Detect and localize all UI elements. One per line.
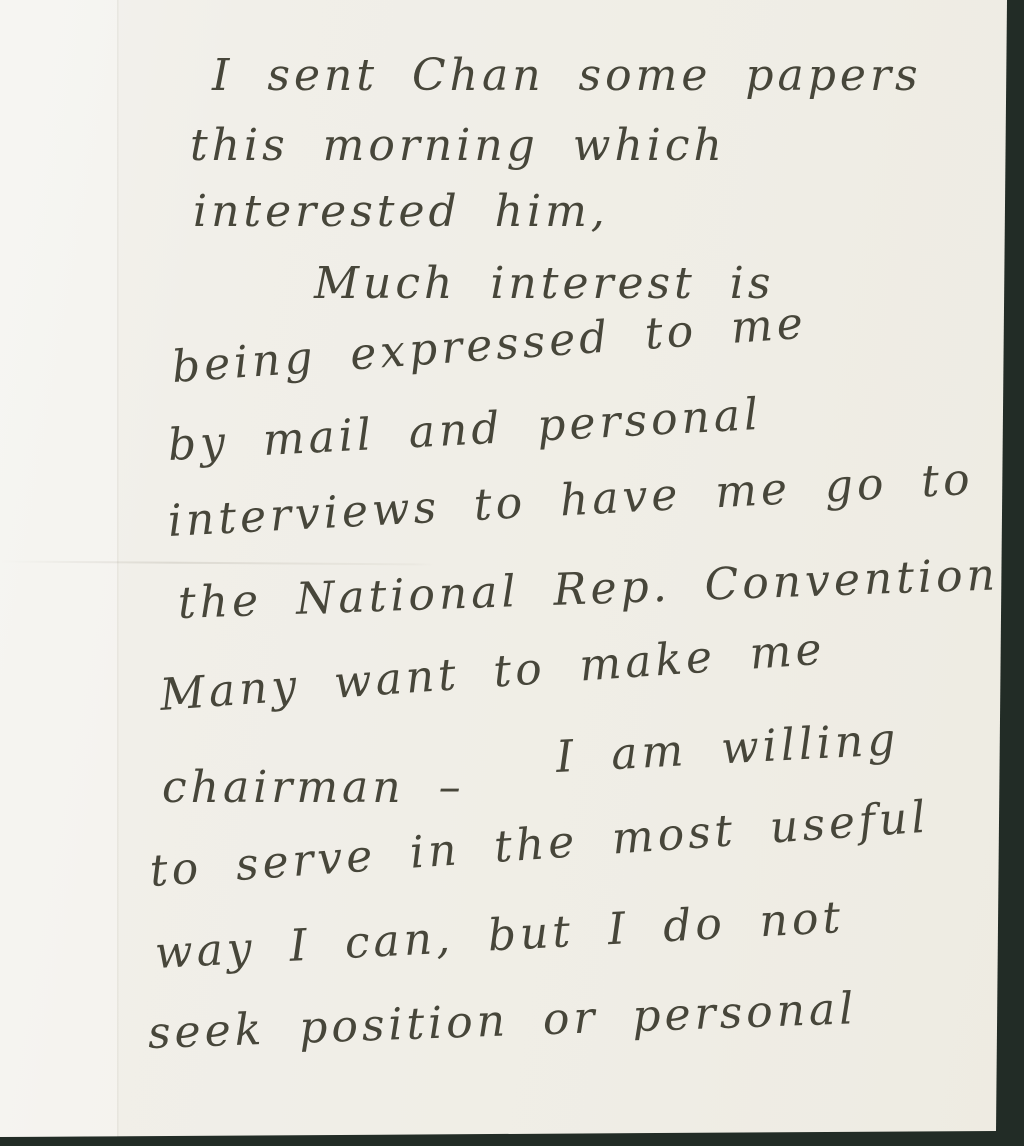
handwriting-line: Many want to make me bbox=[158, 628, 826, 718]
page-left-margin-strip bbox=[0, 0, 117, 1137]
handwriting-line: I sent Chan some papers bbox=[212, 54, 922, 98]
handwriting-line: interested him, bbox=[193, 190, 609, 234]
handwriting-line: seek position or personal bbox=[147, 987, 858, 1056]
handwriting-line: I am willing bbox=[555, 718, 901, 780]
letter-page: I sent Chan some papers this morning whi… bbox=[0, 0, 1024, 1146]
handwriting-line: this morning which bbox=[190, 124, 726, 168]
handwriting-line: being expressed to me bbox=[170, 302, 808, 390]
handwriting-line: interviews to have me go to bbox=[167, 458, 975, 544]
handwriting-line: Much interest is bbox=[314, 262, 774, 306]
handwriting-line: way I can, but I do not bbox=[154, 896, 845, 976]
handwriting-line: chairman – bbox=[162, 766, 465, 810]
page-fold-seam-vertical bbox=[117, 0, 119, 1137]
handwriting-line: by mail and personal bbox=[167, 393, 763, 468]
